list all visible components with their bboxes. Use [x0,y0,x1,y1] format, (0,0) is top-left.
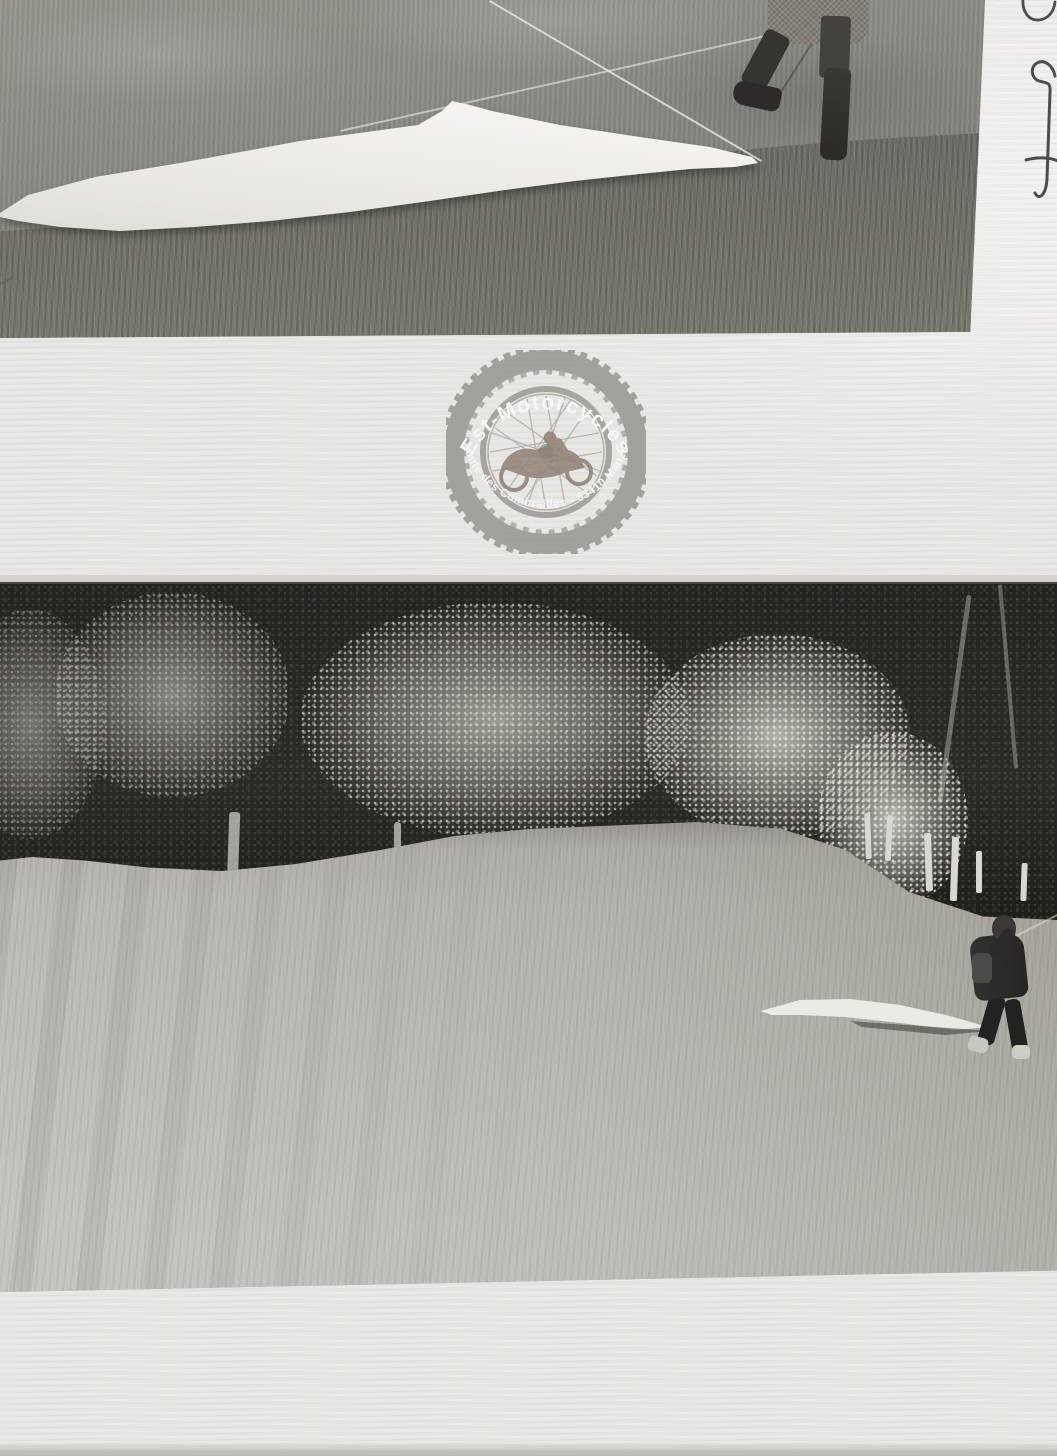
photo-bottom [0,575,1057,1295]
kite-sail-shape [0,95,770,245]
handwriting-fragment-f [1024,58,1057,216]
photo-top [0,0,988,340]
person-right-boot [820,67,852,160]
person-chest-pack [972,953,992,983]
dragged-kite-sail [0,575,1057,1295]
handwriting-fragment-top [1020,0,1057,29]
page-bottom-shadow [0,1442,1057,1456]
est-motorcycles-watermark: Est-Motorcycles Route des Combrailles - … [446,350,646,554]
scanned-album-page: Est-Motorcycles Route des Combrailles - … [0,0,1057,1456]
kite-sail-on-grass [0,95,770,245]
person-right-boot [1012,1045,1030,1059]
